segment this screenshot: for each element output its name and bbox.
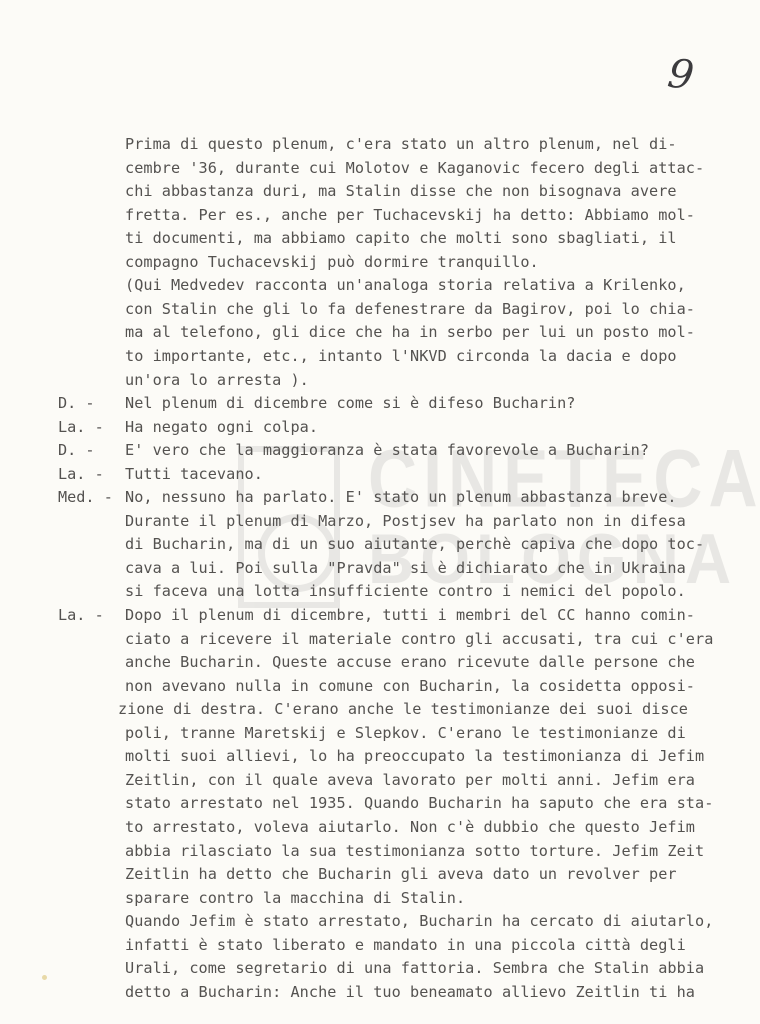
text-line: Dopo il plenum di dicembre, tutti i memb… bbox=[125, 605, 695, 625]
text-line: Zeitlin, con il quale aveva lavorato per… bbox=[125, 770, 695, 790]
speaker-label: D. - bbox=[58, 440, 95, 460]
text-line: detto a Bucharin: Anche il tuo beneamato… bbox=[125, 982, 695, 1002]
text-line: Tutti tacevano. bbox=[125, 464, 263, 484]
text-line: ma al telefono, gli dice che ha in serbo… bbox=[125, 322, 695, 342]
text-line: Nel plenum di dicembre come si è difeso … bbox=[125, 393, 576, 413]
text-line: E' vero che la maggioranza è stata favor… bbox=[125, 440, 649, 460]
text-line: anche Bucharin. Queste accuse erano rice… bbox=[125, 652, 695, 672]
speaker-label: La. - bbox=[58, 464, 104, 484]
text-line: di Bucharin, ma di un suo aiutante, perc… bbox=[125, 534, 704, 554]
text-line: Urali, come segretario di una fattoria. … bbox=[125, 958, 704, 978]
text-line: si faceva una lotta insufficiente contro… bbox=[125, 581, 686, 601]
speaker-label: La. - bbox=[58, 605, 104, 625]
text-line: ciato a ricevere il materiale contro gli… bbox=[125, 629, 713, 649]
text-line: Quando Jefim è stato arrestato, Bucharin… bbox=[125, 911, 713, 931]
text-line: cembre '36, durante cui Molotov e Kagano… bbox=[125, 158, 704, 178]
text-line: chi abbastanza duri, ma Stalin disse che… bbox=[125, 181, 677, 201]
text-line: zione di destra. C'erano anche le testim… bbox=[118, 699, 688, 719]
text-line: infatti è stato liberato e mandato in un… bbox=[125, 935, 686, 955]
text-line: con Stalin che gli lo fa defenestrare da… bbox=[125, 299, 695, 319]
text-line: (Qui Medvedev racconta un'analoga storia… bbox=[125, 275, 686, 295]
speaker-label: La. - bbox=[58, 417, 104, 437]
speaker-label: D. - bbox=[58, 393, 95, 413]
text-line: compagno Tuchacevskij può dormire tranqu… bbox=[125, 252, 539, 272]
text-line: Prima di questo plenum, c'era stato un a… bbox=[125, 134, 677, 154]
document-page: CINETECA BOLOGNA 9 Prima di questo plenu… bbox=[0, 0, 760, 1024]
text-line: Ha negato ogni colpa. bbox=[125, 417, 318, 437]
text-line: cava a lui. Poi sulla "Pravda" si è dich… bbox=[125, 558, 686, 578]
speaker-label: Med. - bbox=[58, 487, 113, 507]
text-line: abbia rilasciato la sua testimonianza so… bbox=[125, 841, 704, 861]
text-line: No, nessuno ha parlato. E' stato un plen… bbox=[125, 487, 677, 507]
text-line: to arrestato, voleva aiutarlo. Non c'è d… bbox=[125, 817, 695, 837]
text-line: Zeitlin ha detto che Bucharin gli aveva … bbox=[125, 864, 677, 884]
text-line: non avevano nulla in comune con Bucharin… bbox=[125, 676, 695, 696]
text-line: stato arrestato nel 1935. Quando Buchari… bbox=[125, 793, 713, 813]
text-line: un'ora lo arresta ). bbox=[125, 370, 309, 390]
text-line: Durante il plenum di Marzo, Postjsev ha … bbox=[125, 511, 686, 531]
text-line: fretta. Per es., anche per Tuchacevskij … bbox=[125, 205, 695, 225]
text-line: poli, tranne Maretskij e Slepkov. C'eran… bbox=[125, 723, 686, 743]
paper-speck bbox=[42, 975, 47, 980]
page-number: 9 bbox=[665, 50, 697, 99]
text-line: sparare contro la macchina di Stalin. bbox=[125, 888, 465, 908]
text-line: to importante, etc., intanto l'NKVD circ… bbox=[125, 346, 677, 366]
text-line: ti documenti, ma abbiamo capito che molt… bbox=[125, 228, 677, 248]
text-line: molti suoi allievi, lo ha preoccupato la… bbox=[125, 746, 704, 766]
